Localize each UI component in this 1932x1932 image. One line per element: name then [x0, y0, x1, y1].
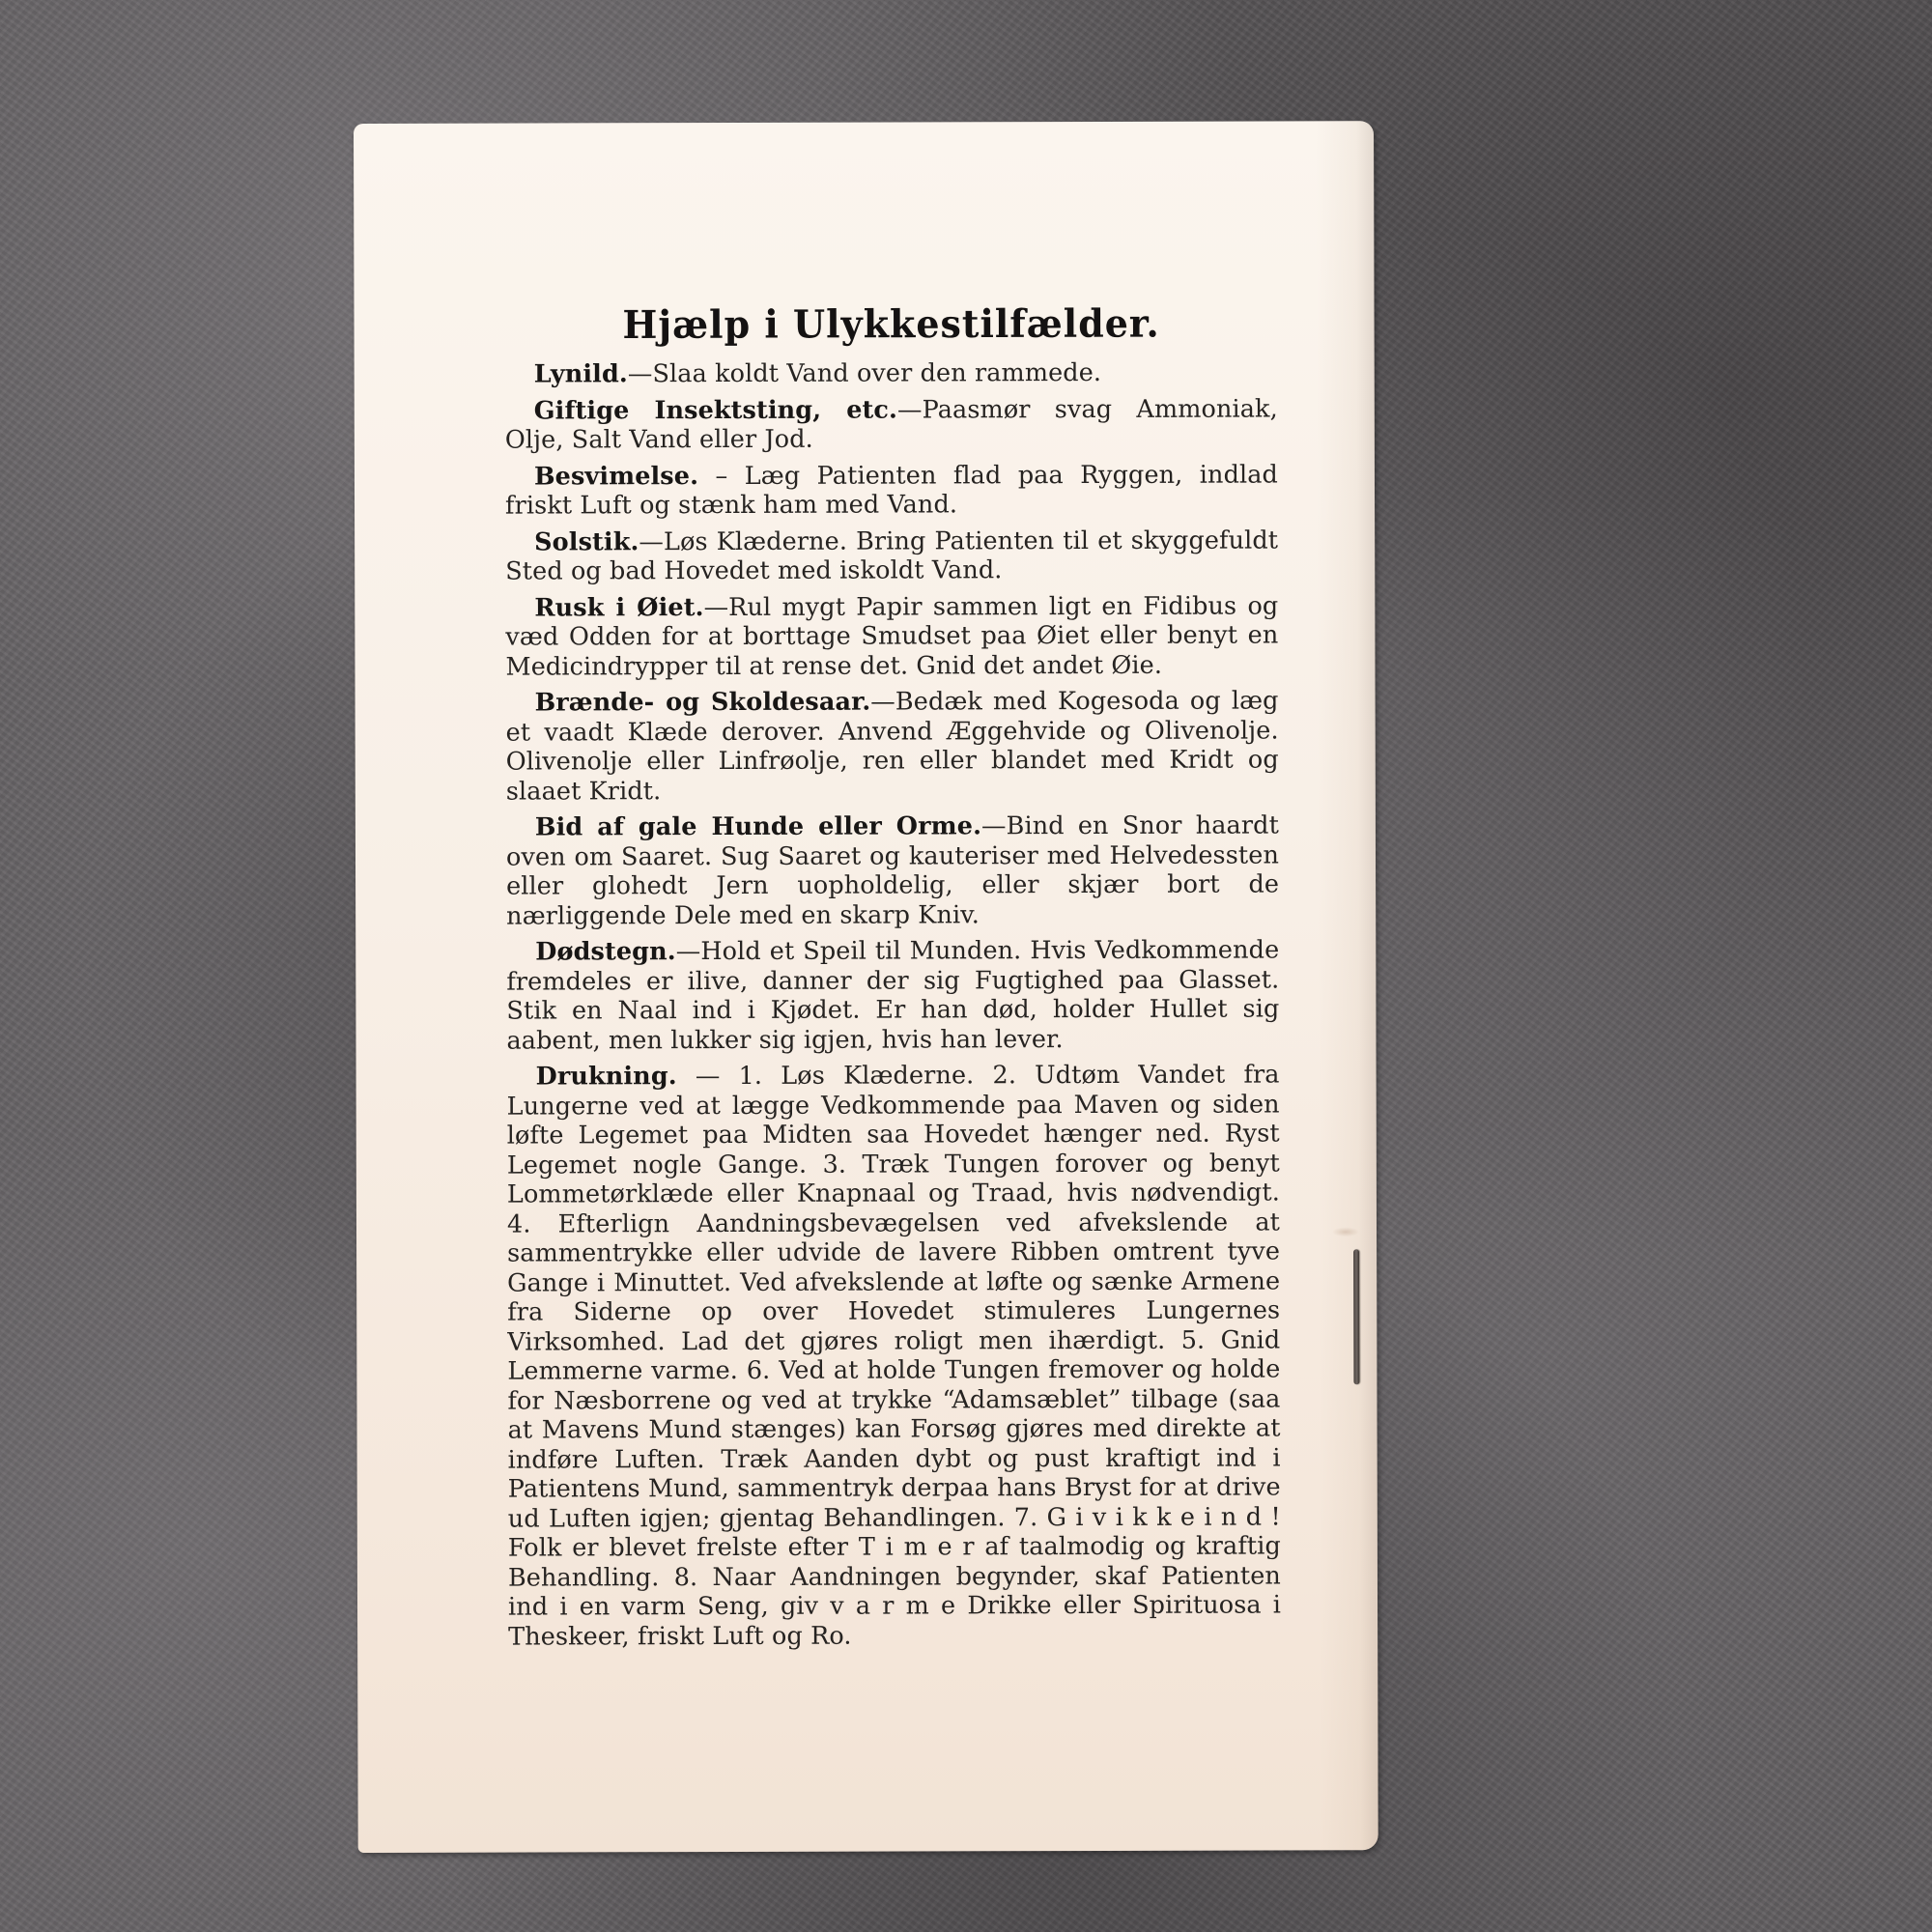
entry-burns-scalds: Brænde- og Skoldesaar.—Bedæk med Kogesod… [506, 686, 1279, 806]
entry-lightning: Lynild.—Slaa koldt Vand over den rammede… [505, 357, 1278, 389]
entry-bites: Bid af gale Hunde eller Orme.—Bind en Sn… [506, 810, 1279, 930]
entry-sunstroke: Solstik.—Løs Klæderne. Bring Patienten t… [505, 526, 1278, 586]
entry-insect-stings: Giftige Insektsting, etc.—Paasmør svag A… [505, 394, 1278, 455]
entry-heading: Lynild. [534, 359, 628, 388]
entry-text: — 1. Løs Klæderne. 2. Udtøm Vandet fra L… [507, 1060, 1281, 1651]
staple-stain [1332, 1227, 1359, 1236]
entry-fainting: Besvimelse. – Læg Patienten flad paa Ryg… [505, 460, 1278, 521]
entry-heading: Bid af gale Hunde eller Orme. [535, 811, 981, 841]
entry-heading: Brænde- og Skoldesaar. [535, 688, 871, 718]
staple-icon [1353, 1249, 1359, 1384]
entry-dust-in-eye: Rusk i Øiet.—Rul mygt Papir sammen ligt … [505, 591, 1278, 682]
page-title: Hjælp i Ulykkestilfælder. [504, 299, 1277, 347]
page-content: Hjælp i Ulykkestilfælder. Lynild.—Slaa k… [504, 300, 1281, 1658]
entry-drowning: Drukning. — 1. Løs Klæderne. 2. Udtøm Va… [507, 1060, 1282, 1651]
entry-heading: Dødstegn. [535, 937, 676, 966]
booklet-page: Hjælp i Ulykkestilfælder. Lynild.—Slaa k… [354, 121, 1378, 1853]
entry-heading: Giftige Insektsting, etc. [534, 395, 897, 425]
entry-text: —Slaa koldt Vand over den rammede. [628, 358, 1101, 388]
entry-heading: Solstik. [534, 527, 639, 556]
entry-signs-of-death: Dødstegn.—Hold et Speil til Munden. Hvis… [506, 935, 1279, 1055]
entry-heading: Drukning. [536, 1062, 677, 1091]
entry-heading: Besvimelse. [534, 462, 698, 491]
entry-heading: Rusk i Øiet. [534, 593, 703, 622]
